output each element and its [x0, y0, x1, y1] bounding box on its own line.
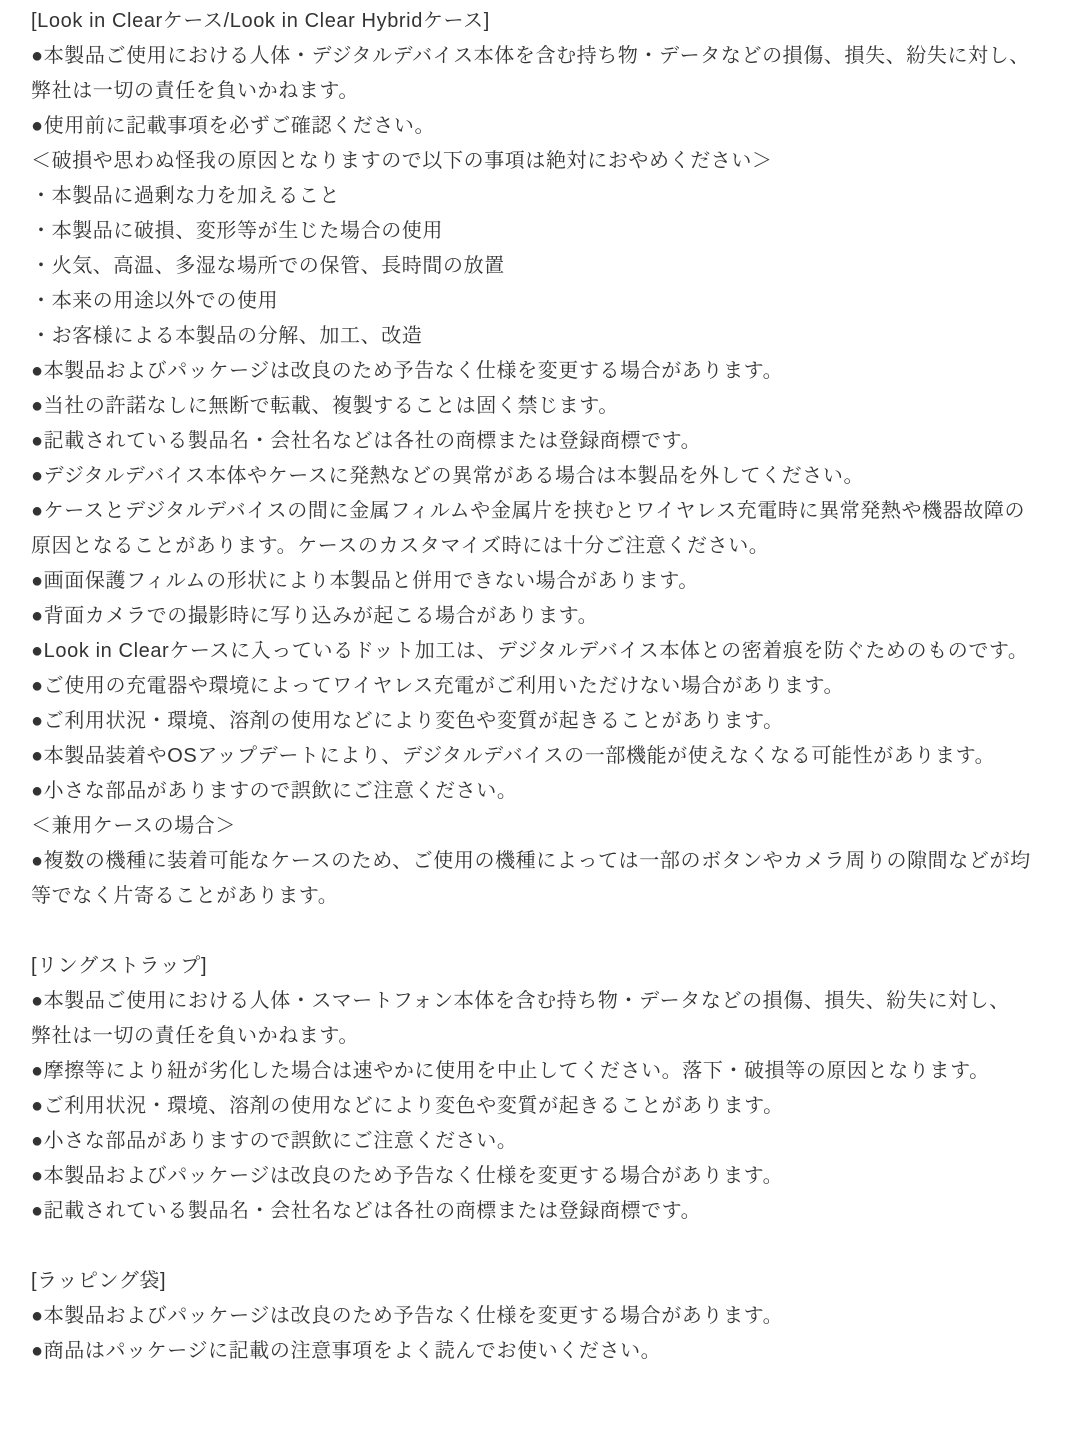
section-ring-strap-precautions: [リングストラップ]●本製品ご使用における人体・スマートフォン本体を含む持ち物・… — [31, 949, 1054, 1229]
precaution-line: ●デジタルデバイス本体やケースに発熱などの異常がある場合は本製品を外してください… — [31, 459, 1054, 494]
precaution-line: ＜破損や思わぬ怪我の原因となりますので以下の事項は絶対におやめください＞ — [31, 144, 1054, 179]
precautions-document: [Look in Clearケース/Look in Clear Hybridケー… — [0, 0, 1080, 1446]
precaution-line: 弊社は一切の責任を負いかねます。 — [31, 74, 1054, 109]
section-wrapping-bag-precautions: [ラッピング袋]●本製品およびパッケージは改良のため予告なく仕様を変更する場合が… — [31, 1264, 1054, 1369]
precaution-line: ・本来の用途以外での使用 — [31, 284, 1054, 319]
precaution-line: ●Look in Clearケースに入っているドット加工は、デジタルデバイス本体… — [31, 634, 1054, 669]
precaution-line: ●記載されている製品名・会社名などは各社の商標または登録商標です。 — [31, 424, 1054, 459]
precaution-line: 原因となることがあります。ケースのカスタマイズ時には十分ご注意ください。 — [31, 529, 1054, 564]
precaution-line: 等でなく片寄ることがあります。 — [31, 879, 1054, 914]
precaution-line: ●本製品装着やOSアップデートにより、デジタルデバイスの一部機能が使えなくなる可… — [31, 739, 1054, 774]
precaution-line: ＜兼用ケースの場合＞ — [31, 809, 1054, 844]
precaution-line: ●小さな部品がありますので誤飲にご注意ください。 — [31, 774, 1054, 809]
precaution-line: ●ご使用の充電器や環境によってワイヤレス充電がご利用いただけない場合があります。 — [31, 669, 1054, 704]
precaution-line: ●小さな部品がありますので誤飲にご注意ください。 — [31, 1124, 1054, 1159]
precaution-line: ●画面保護フィルムの形状により本製品と併用できない場合があります。 — [31, 564, 1054, 599]
precaution-line: ●当社の許諾なしに無断で転載、複製することは固く禁じます。 — [31, 389, 1054, 424]
precaution-line: ・本製品に過剰な力を加えること — [31, 179, 1054, 214]
precaution-line: ●商品はパッケージに記載の注意事項をよく読んでお使いください。 — [31, 1334, 1054, 1369]
precaution-line: ●本製品およびパッケージは改良のため予告なく仕様を変更する場合があります。 — [31, 1159, 1054, 1194]
precaution-line: ●摩擦等により紐が劣化した場合は速やかに使用を中止してください。落下・破損等の原… — [31, 1054, 1054, 1089]
precaution-line: ●ケースとデジタルデバイスの間に金属フィルムや金属片を挟むとワイヤレス充電時に異… — [31, 494, 1054, 529]
precaution-line: ●本製品ご使用における人体・デジタルデバイス本体を含む持ち物・データなどの損傷、… — [31, 39, 1054, 74]
precaution-line: ●本製品およびパッケージは改良のため予告なく仕様を変更する場合があります。 — [31, 1299, 1054, 1334]
precaution-line: ●本製品およびパッケージは改良のため予告なく仕様を変更する場合があります。 — [31, 354, 1054, 389]
precaution-line: ●ご利用状況・環境、溶剤の使用などにより変色や変質が起きることがあります。 — [31, 1089, 1054, 1124]
precaution-line: ●記載されている製品名・会社名などは各社の商標または登録商標です。 — [31, 1194, 1054, 1229]
precaution-line: ●ご利用状況・環境、溶剤の使用などにより変色や変質が起きることがあります。 — [31, 704, 1054, 739]
section-heading: [リングストラップ] — [31, 949, 1054, 984]
precaution-line: ●複数の機種に装着可能なケースのため、ご使用の機種によっては一部のボタンやカメラ… — [31, 844, 1054, 879]
precaution-line: ●本製品ご使用における人体・スマートフォン本体を含む持ち物・データなどの損傷、損… — [31, 984, 1054, 1019]
precaution-line: ・火気、高温、多湿な場所での保管、長時間の放置 — [31, 249, 1054, 284]
section-heading: [Look in Clearケース/Look in Clear Hybridケー… — [31, 4, 1054, 39]
section-case-precautions: [Look in Clearケース/Look in Clear Hybridケー… — [31, 4, 1054, 914]
precaution-line: ・お客様による本製品の分解、加工、改造 — [31, 319, 1054, 354]
precaution-line: ・本製品に破損、変形等が生じた場合の使用 — [31, 214, 1054, 249]
precaution-line: ●使用前に記載事項を必ずご確認ください。 — [31, 109, 1054, 144]
precaution-line: ●背面カメラでの撮影時に写り込みが起こる場合があります。 — [31, 599, 1054, 634]
section-heading: [ラッピング袋] — [31, 1264, 1054, 1299]
precaution-line: 弊社は一切の責任を負いかねます。 — [31, 1019, 1054, 1054]
